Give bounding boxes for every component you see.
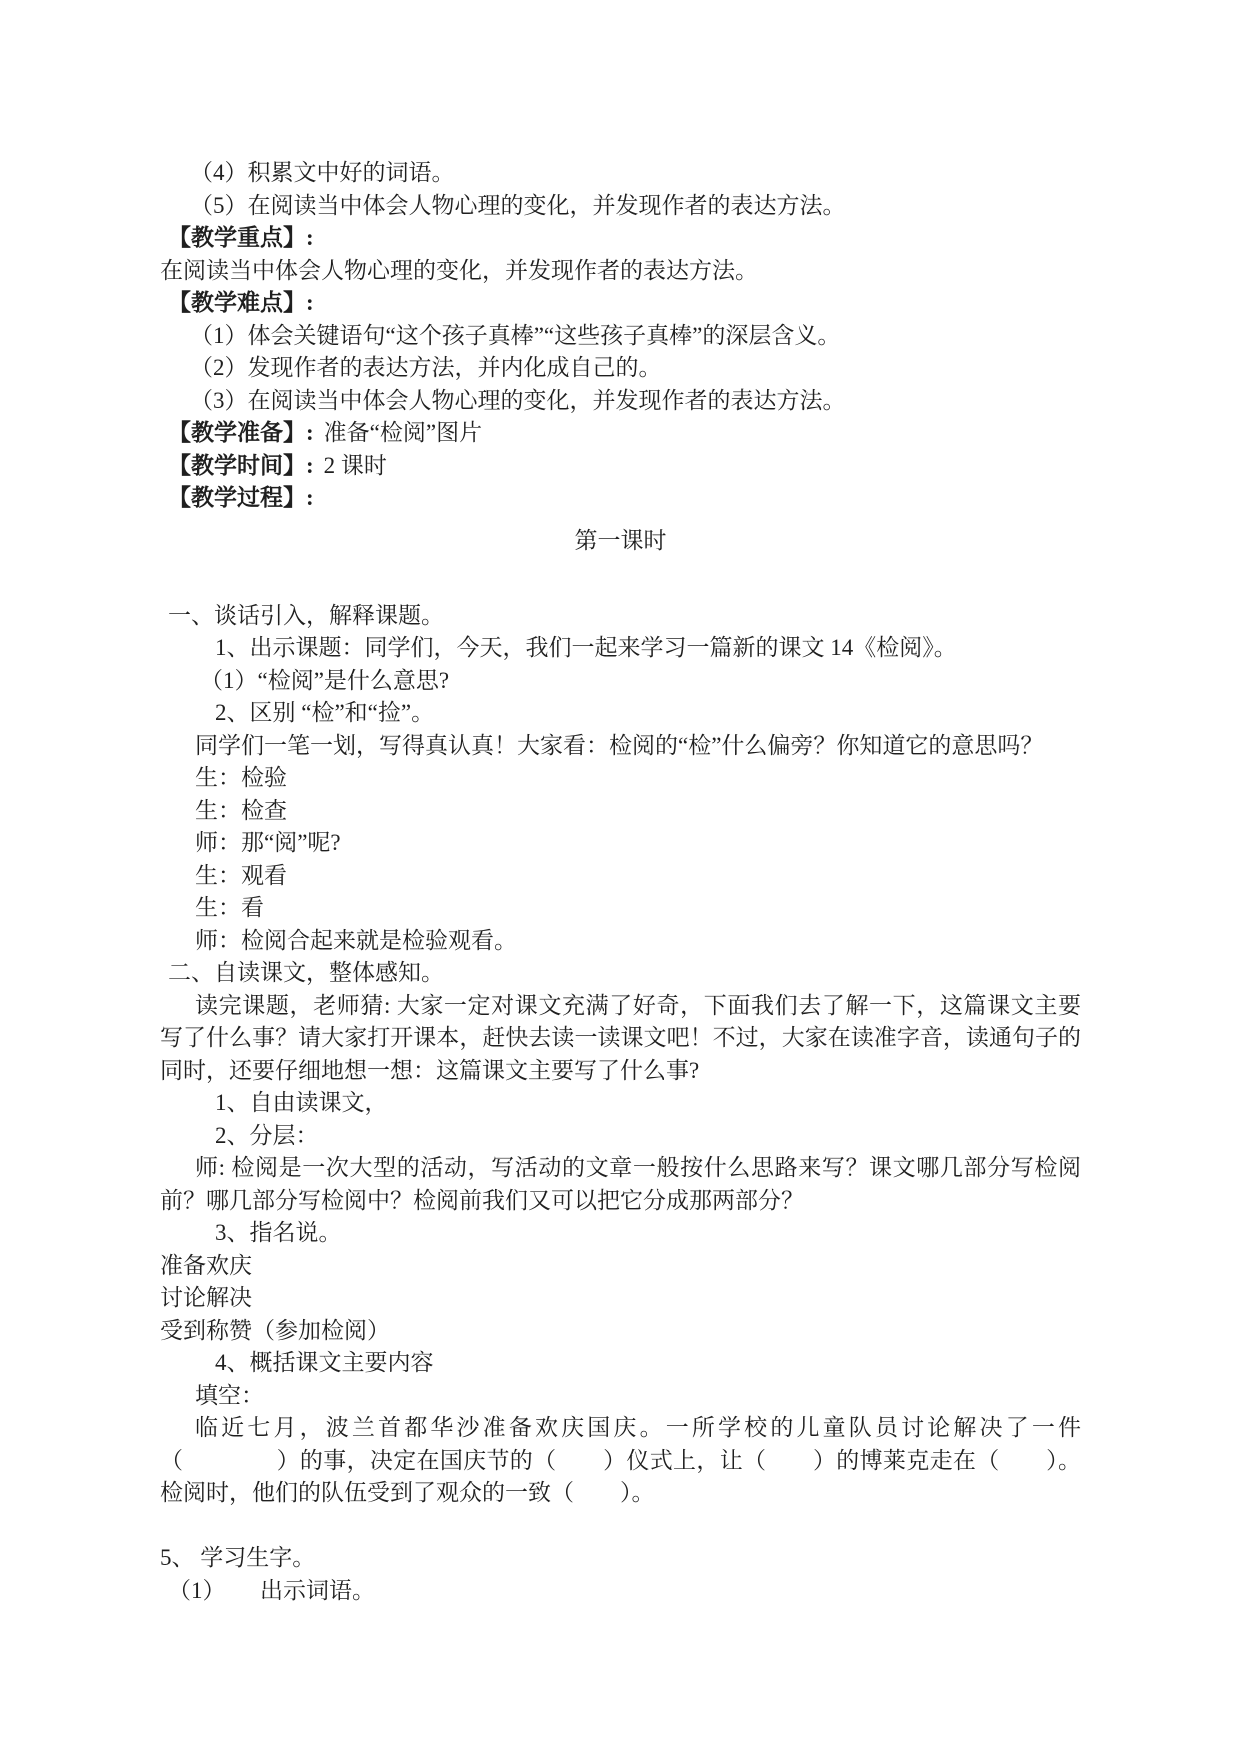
blank-line [160,567,1081,600]
text-line: 生：观看 [160,860,1081,893]
text-line: 二、自读课文，整体感知。 [160,957,1081,990]
section-heading: 【教学重点】: [160,222,1081,255]
text-line: （2）发现作者的表达方法，并内化成自己的。 [160,352,1081,385]
text-line: 讨论解决 [160,1282,1081,1315]
text-line: 师：那“阅”呢? [160,827,1081,860]
text-line: 生：看 [160,892,1081,925]
text-line: 同学们一笔一划，写得真认真！大家看：检阅的“检”什么偏旁？你知道它的意思吗？ [160,730,1081,763]
text-line: 3、指名说。 [160,1217,1081,1250]
text-line: 5、 学习生字。 [160,1542,1081,1575]
section-label: 【教学过程】: [168,485,314,510]
text-line: 填空： [160,1380,1081,1413]
document-page: （4）积累文中好的词语。（5）在阅读当中体会人物心理的变化，并发现作者的表达方法… [0,0,1241,1754]
text-line: 师：检阅合起来就是检验观看。 [160,925,1081,958]
text-line: 一、谈话引入，解释课题。 [160,600,1081,633]
section-heading: 【教学难点】: [160,287,1081,320]
section-heading: 【教学时间】:2 课时 [160,450,1081,483]
section-heading: 【教学准备】:准备“检阅”图片 [160,417,1081,450]
text-line: 生：检验 [160,762,1081,795]
section-label: 【教学时间】: [168,453,314,478]
text-line: 准备欢庆 [160,1250,1081,1283]
text-line: （5）在阅读当中体会人物心理的变化，并发现作者的表达方法。 [160,190,1081,223]
text-line: 师: 检阅是一次大型的活动，写活动的文章一般按什么思路来写？课文哪几部分写检阅前… [160,1152,1081,1217]
text-line: 临近七月，波兰首都华沙准备欢庆国庆。一所学校的儿童队员讨论解决了一件（ ）的事，… [160,1412,1081,1510]
section-label: 【教学重点】: [168,225,314,250]
text-line: 4、概括课文主要内容 [160,1347,1081,1380]
text-line: 受到称赞（参加检阅） [160,1315,1081,1348]
text-line: 在阅读当中体会人物心理的变化，并发现作者的表达方法。 [160,255,1081,288]
text-line: 读完课题，老师猜: 大家一定对课文充满了好奇，下面我们去了解一下，这篇课文主要写… [160,990,1081,1088]
text-line: 2、分层： [160,1120,1081,1153]
text-line: （1） 出示词语。 [160,1575,1081,1608]
section-label: 【教学准备】: [168,420,314,445]
text-line: 生：检查 [160,795,1081,828]
text-line: （3）在阅读当中体会人物心理的变化，并发现作者的表达方法。 [160,385,1081,418]
section-label: 【教学难点】: [168,290,314,315]
text-line: 1、出示课题：同学们，今天，我们一起来学习一篇新的课文 14《检阅》。 [160,632,1081,665]
text-line: （4）积累文中好的词语。 [160,157,1081,190]
blank-line [160,1510,1081,1543]
text-line: 2、区别 “检”和“捡”。 [160,697,1081,730]
chapter-title: 第一课时 [160,525,1081,558]
text-line: （1）体会关键语句“这个孩子真棒”“这些孩子真棒”的深层含义。 [160,320,1081,353]
section-label-text: 2 课时 [324,453,387,478]
section-heading: 【教学过程】: [160,482,1081,515]
text-line: 1、自由读课文， [160,1087,1081,1120]
section-label-text: 准备“检阅”图片 [324,420,482,445]
text-line: （1）“检阅”是什么意思? [160,665,1081,698]
